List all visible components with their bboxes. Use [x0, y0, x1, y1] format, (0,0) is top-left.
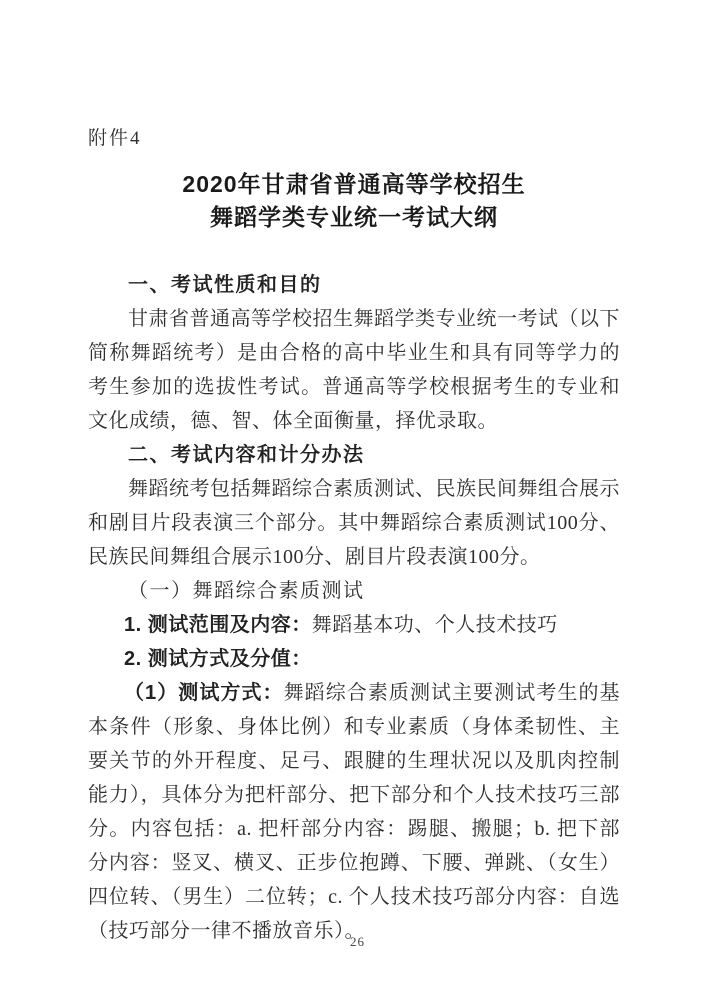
document-title-line-2: 舞蹈学类专业统一考试大纲 — [88, 201, 620, 234]
document-title-line-1: 2020年甘肃省普通高等学校招生 — [88, 168, 620, 201]
document-page: 附件4 2020年甘肃省普通高等学校招生 舞蹈学类专业统一考试大纲 一、考试性质… — [0, 0, 715, 987]
subsection-heading-comprehensive-test: （一）舞蹈综合素质测试 — [88, 574, 620, 608]
paragraph-exam-content: 舞蹈统考包括舞蹈综合素质测试、民族民间舞组合展示和剧目片段表演三个部分。其中舞蹈… — [88, 472, 620, 574]
paragraph-test-method-label: （1）测试方式： — [124, 682, 284, 704]
list-item-test-scope-text: 舞蹈基本功、个人技术技巧 — [312, 614, 558, 636]
paragraph-test-method: （1）测试方式：舞蹈综合素质测试主要测试考生的基本条件（形象、身体比例）和专业素… — [88, 676, 620, 948]
section-heading-exam-content: 二、考试内容和计分办法 — [88, 438, 620, 472]
document-content: 一、考试性质和目的 甘肃省普通高等学校招生舞蹈学类专业统一考试（以下简称舞蹈统考… — [88, 268, 620, 948]
paragraph-test-method-text: 舞蹈综合素质测试主要测试考生的基本条件（形象、身体比例）和专业素质（身体柔韧性、… — [88, 682, 620, 942]
list-item-test-method-heading: 2. 测试方式及分值： — [88, 642, 620, 676]
document-title: 2020年甘肃省普通高等学校招生 舞蹈学类专业统一考试大纲 — [88, 168, 620, 234]
document-body: 附件4 2020年甘肃省普通高等学校招生 舞蹈学类专业统一考试大纲 一、考试性质… — [88, 128, 620, 948]
attachment-label: 附件4 — [88, 128, 620, 150]
list-item-test-scope: 1. 测试范围及内容：舞蹈基本功、个人技术技巧 — [88, 608, 620, 642]
page-number: 26 — [0, 934, 715, 950]
list-item-test-method-heading-label: 2. 测试方式及分值： — [124, 648, 312, 670]
list-item-test-scope-label: 1. 测试范围及内容： — [124, 614, 312, 636]
paragraph-exam-nature: 甘肃省普通高等学校招生舞蹈学类专业统一考试（以下简称舞蹈统考）是由合格的高中毕业… — [88, 302, 620, 438]
section-heading-exam-nature: 一、考试性质和目的 — [88, 268, 620, 302]
